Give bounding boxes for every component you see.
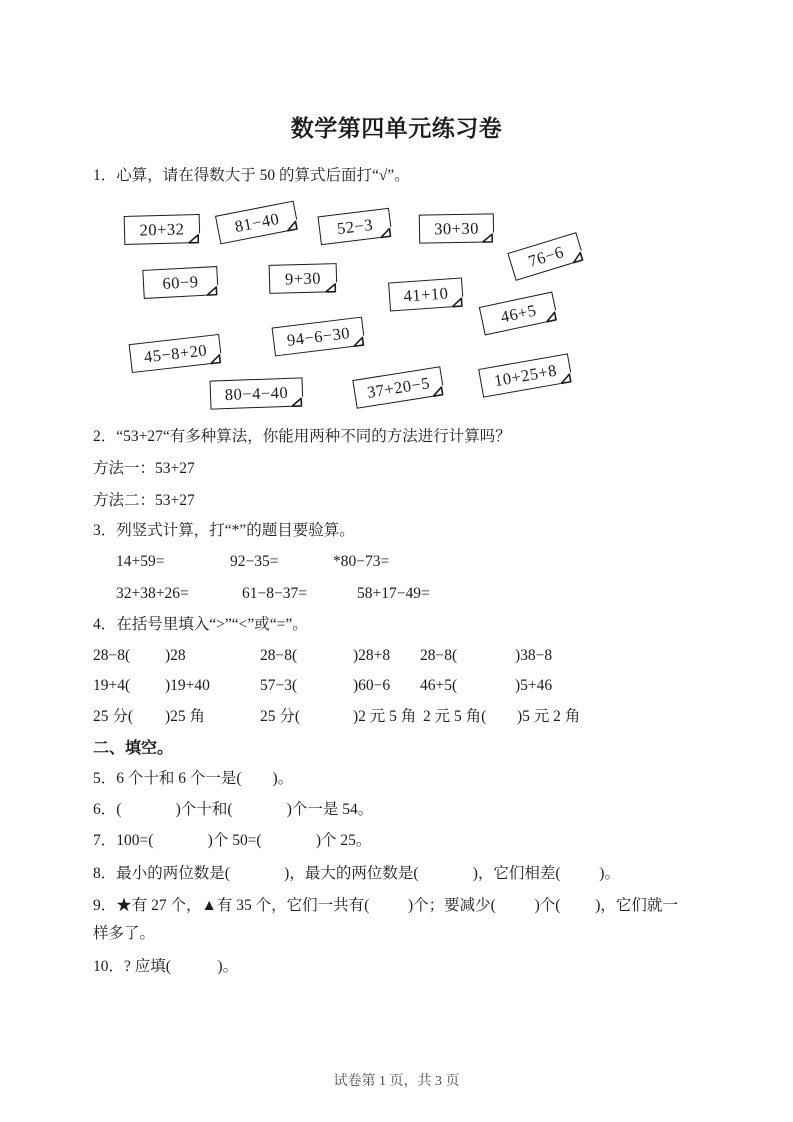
q4-cell: )28+8 (353, 646, 390, 666)
question-7-text: 7．100=( )个 50=( )个 25。 (93, 831, 371, 851)
q4-cell: 19+4( (93, 676, 130, 696)
card-expression: 37+20−5 (366, 373, 432, 403)
expression-card[interactable]: 37+20−5 (352, 366, 444, 409)
expression-card[interactable]: 52−3 (318, 208, 393, 246)
q4-cell: )28 (165, 646, 186, 666)
q3-expression: *80−73= (333, 552, 389, 572)
q4-cell: 28−8( (260, 646, 297, 666)
folded-corner-icon (350, 334, 366, 348)
expression-card[interactable]: 60−9 (142, 266, 218, 299)
section-2-heading: 二、填空。 (93, 739, 173, 759)
card-expression: 76−6 (526, 242, 566, 272)
q4-cell: )38−8 (515, 646, 552, 666)
folded-corner-icon (429, 384, 446, 398)
expression-card[interactable]: 10+25+8 (478, 353, 573, 397)
q4-cell: )19+40 (165, 676, 210, 696)
page-title: 数学第四单元练习卷 (0, 110, 793, 143)
question-8-text: 8．最小的两位数是( )，最大的两位数是( )，它们相差( )。 (93, 864, 620, 884)
q4-cell: 25 分( (260, 707, 300, 727)
card-expression: 10+25+8 (493, 360, 559, 391)
q4-cell: )25 角 (165, 707, 205, 727)
q3-expression: 58+17−49= (357, 584, 430, 604)
folded-corner-icon (186, 232, 201, 244)
folded-corner-icon (542, 309, 559, 324)
question-10-text: 10．? 应填( )。 (93, 957, 238, 977)
question-9-text-line-2: 样多了。 (93, 924, 155, 944)
expression-card[interactable]: 46+5 (479, 292, 558, 336)
q4-cell: 28−8( (93, 646, 130, 666)
card-expression: 20+32 (139, 219, 184, 240)
q3-expression: 92−35= (230, 552, 278, 572)
q4-cell: 2 元 5 角( (423, 707, 486, 727)
card-expression: 80−4−40 (224, 382, 288, 404)
q4-cell: )5 元 2 角 (517, 707, 580, 727)
folded-corner-icon (289, 395, 304, 408)
expression-card[interactable]: 20+32 (124, 214, 201, 245)
card-expression: 81−40 (233, 208, 281, 236)
folded-corner-icon (449, 295, 465, 308)
card-expression: 30+30 (434, 218, 479, 239)
question-2-method-2: 方法二：53+27 (93, 491, 195, 511)
question-6-text: 6．( )个十和( )个一是 54。 (93, 800, 373, 820)
folded-corner-icon (283, 218, 300, 233)
expression-card[interactable]: 45−8+20 (129, 334, 223, 373)
expression-card[interactable]: 9+30 (269, 263, 338, 294)
card-expression: 52−3 (336, 214, 374, 238)
q4-cell: 57−3( (260, 676, 297, 696)
folded-corner-icon (207, 352, 223, 366)
q4-cell: 25 分( (93, 707, 133, 727)
expression-card[interactable]: 80−4−40 (210, 377, 304, 409)
question-2-method-1: 方法一：53+27 (93, 459, 195, 479)
card-expression: 94−6−30 (286, 323, 351, 351)
folded-corner-icon (480, 231, 495, 243)
q4-cell: )5+46 (515, 676, 552, 696)
q3-expression: 14+59= (116, 552, 164, 572)
question-9-text-line-1: 9．★有 27 个，▲有 35 个，它们一共有( )个；要减少( )个( )，它… (93, 896, 678, 916)
folded-corner-icon (323, 281, 338, 293)
q3-expression: 61−8−37= (242, 584, 307, 604)
expression-card[interactable]: 81−40 (215, 201, 299, 245)
q4-cell: 46+5( (420, 676, 457, 696)
page-footer: 试卷第 1 页，共 3 页 (0, 1070, 793, 1090)
expression-card[interactable]: 94−6−30 (272, 317, 366, 357)
folded-corner-icon (568, 249, 586, 265)
expression-card[interactable]: 30+30 (419, 213, 494, 243)
folded-corner-icon (377, 225, 393, 239)
question-3-text: 3．列竖式计算，打“*”的题目要验算。 (93, 521, 355, 541)
q3-expression: 32+38+26= (116, 584, 189, 604)
question-1-text: 1．心算，请在得数大于 50 的算式后面打“√”。 (93, 166, 410, 186)
expression-card[interactable]: 76−6 (507, 232, 584, 281)
card-expression: 60−9 (162, 272, 199, 294)
q4-cell: 28−8( (420, 646, 457, 666)
folded-corner-icon (204, 284, 220, 297)
expression-card[interactable]: 41+10 (388, 277, 464, 311)
question-2-text: 2．“53+27“有多种算法，你能用两种不同的方法进行计算吗？ (93, 427, 511, 447)
q4-cell: )2 元 5 角 (353, 707, 416, 727)
question-5-text: 5．6 个十和 6 个一是( )。 (93, 769, 293, 789)
folded-corner-icon (557, 371, 574, 385)
worksheet-page: 数学第四单元练习卷 1．心算，请在得数大于 50 的算式后面打“√”。 20+3… (0, 0, 793, 1122)
question-4-text: 4．在括号里填入“>”“<”或“=”。 (93, 615, 308, 635)
card-expression: 41+10 (403, 283, 449, 306)
card-expression: 46+5 (499, 300, 538, 327)
q4-cell: )60−6 (353, 676, 390, 696)
card-expression: 45−8+20 (143, 340, 208, 367)
card-expression: 9+30 (285, 268, 322, 289)
